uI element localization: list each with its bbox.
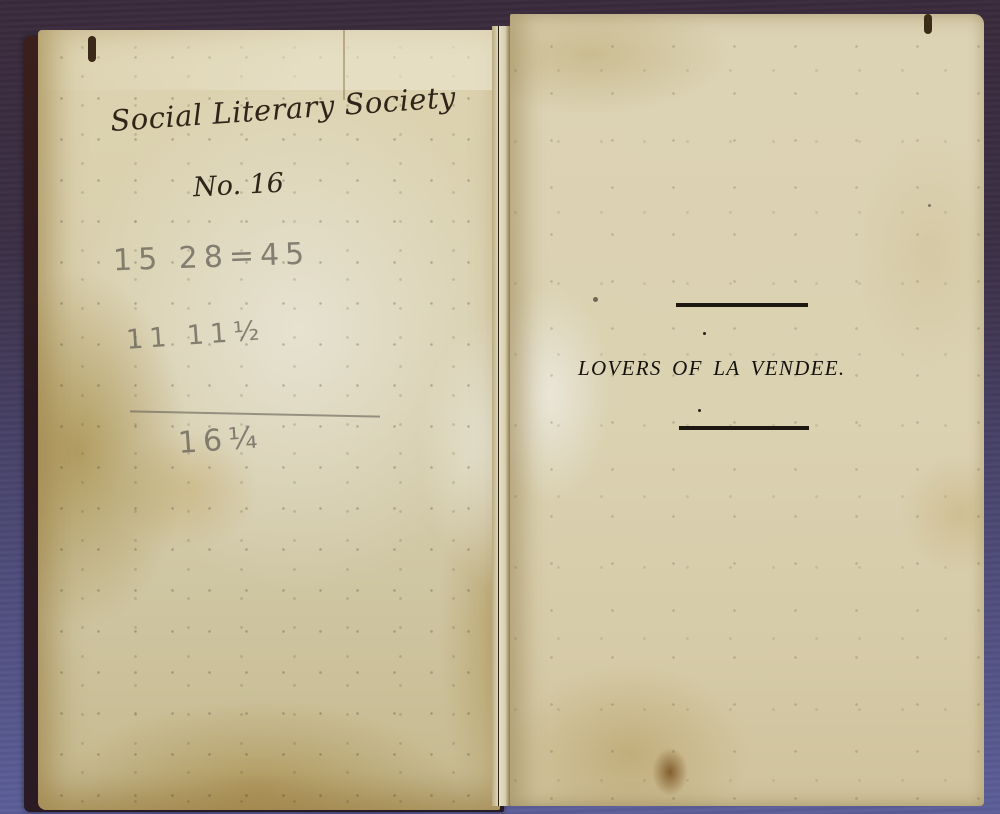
- speck: [703, 332, 706, 335]
- speck: [593, 297, 598, 302]
- book-photo-scene: Social Literary Society No. 16 15 28=45 …: [0, 0, 1000, 814]
- pencil-note-line-1: 15 28=45: [112, 237, 310, 279]
- book-title: LOVERS OF LA VENDEE.: [578, 356, 845, 381]
- pencil-sum-line: [130, 410, 380, 417]
- title-rule-bottom: [679, 426, 809, 430]
- endpaper-page: Social Literary Society No. 16 15 28=45 …: [38, 30, 500, 810]
- pencil-note-line-2: 11 11½: [125, 315, 266, 356]
- pencil-note-total: 16¼: [177, 420, 264, 461]
- speck: [698, 409, 701, 412]
- handwritten-number: No. 16: [192, 168, 284, 204]
- page-notch-right: [924, 14, 932, 34]
- speck: [928, 204, 931, 207]
- page-notch: [88, 36, 96, 62]
- title-page: LOVERS OF LA VENDEE.: [510, 14, 984, 806]
- title-rule-top: [676, 303, 808, 307]
